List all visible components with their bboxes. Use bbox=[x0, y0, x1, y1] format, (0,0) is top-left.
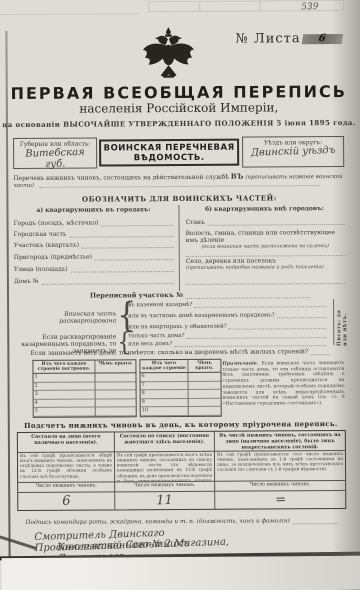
field-street-label: Улица (площадь) bbox=[14, 266, 68, 273]
field-city: Городъ (посадъ, мѣстечко) bbox=[14, 219, 174, 227]
table-cell bbox=[189, 390, 221, 399]
count-table: Состояло на лицо (всего наличнаго населе… bbox=[17, 430, 346, 511]
building-table-note: Примѣчаніе. Если воинская часть занимает… bbox=[222, 361, 344, 408]
count-col1-note: Въ сей графѣ прописывается общій итогъ н… bbox=[18, 452, 115, 483]
q3-line: Если занимаетъ весь домъ, то имѣется: ск… bbox=[30, 348, 330, 357]
imperial-eagle-icon bbox=[140, 27, 196, 83]
q1-option-1: въ казенной казармѣ? bbox=[128, 301, 326, 308]
count-col2-label: Число нижнихъ чиновъ. bbox=[115, 482, 215, 493]
left-column-heading: а) квартирующихъ въ городахъ: bbox=[13, 206, 173, 214]
precinct-label: Переписной участокъ № bbox=[90, 291, 183, 300]
fill-line bbox=[95, 253, 174, 260]
roof-material-header: Чѣмъ крыто. bbox=[188, 360, 220, 373]
fill-line bbox=[101, 219, 173, 226]
note-title: Примѣчаніе. bbox=[222, 362, 258, 367]
sheet-number-line: № Листа6 bbox=[235, 31, 342, 47]
volost-fill bbox=[186, 249, 345, 257]
intro-text: Перечень нижнихъ чиновъ, состоящихъ на д… bbox=[13, 174, 229, 182]
q1-option-2-label: или въ частномъ домѣ казарменнымъ порядк… bbox=[128, 312, 275, 319]
ghost-line bbox=[0, 13, 140, 15]
table-row: 1 bbox=[33, 374, 95, 383]
table-cell bbox=[96, 382, 136, 391]
field-volost-label: Волость, гмина, станица или соотвѣтствую… bbox=[186, 229, 335, 244]
q2-option-1-label: только часть дома? bbox=[128, 333, 184, 339]
table-row: 9 bbox=[141, 399, 189, 408]
right-column-heading: б) квартирующихъ внѣ городовъ: bbox=[185, 205, 343, 213]
building-material-header: Изъ чего каждое строеніе построено. bbox=[33, 361, 95, 374]
q1-label: Воинская часть расквартирована bbox=[14, 310, 116, 325]
count-col2-handwritten-value: 11 bbox=[156, 493, 173, 509]
gubernia-handwritten-value: Витебская губ. bbox=[17, 147, 94, 171]
count-col1-header: Состояло на лицо (всего наличнаго населе… bbox=[18, 432, 115, 453]
building-table-left: Изъ чего каждое строеніе построено. Чѣмъ… bbox=[32, 359, 136, 418]
count-col2-note: Въ сей графѣ прописывается итогъ всѣхъ н… bbox=[115, 452, 215, 483]
field-city-part: Городская часть bbox=[14, 230, 174, 238]
fill-line bbox=[293, 518, 338, 524]
fill-line bbox=[194, 301, 326, 308]
side-note-text: Писать: да или нѣтъ. bbox=[336, 298, 348, 346]
q1-option-3: или на квартирахъ у обывателей? bbox=[128, 323, 326, 330]
count-col2-header: Состояло по списку (постоянно живущаго з… bbox=[115, 432, 215, 453]
count-col3-header: Въ числѣ нижнихъ чиновъ, состоящихъ на л… bbox=[215, 431, 345, 452]
fill-line bbox=[208, 218, 345, 226]
q2-option-2: или весь домъ? bbox=[128, 340, 326, 347]
table-row: 2 bbox=[34, 382, 96, 391]
field-suburb: Пригородъ (предмѣстье) bbox=[14, 253, 174, 261]
table-cell bbox=[188, 373, 220, 382]
fill-line bbox=[174, 340, 326, 347]
q1-option-1-label: въ казенной казармѣ? bbox=[128, 302, 192, 308]
count-col3-note: Въ сей графѣ прописывается «то» число ни… bbox=[215, 451, 345, 482]
census-basis-line: на основаніи ВЫСОЧАЙШЕ УТВЕРЖДЕННАГО ПОЛ… bbox=[0, 118, 359, 129]
table-cell bbox=[189, 407, 221, 416]
field-stan: Станъ bbox=[186, 218, 345, 226]
fill-line bbox=[41, 277, 173, 285]
table-row: 8 bbox=[141, 390, 189, 399]
field-section-label: Участокъ (кварталъ) bbox=[14, 242, 79, 249]
page-fold-mark bbox=[0, 535, 37, 550]
form-title-box: ВОИНСКАЯ ПЕРЕЧНЕВАЯ ВѢДОМОСТЬ. bbox=[99, 139, 239, 167]
fill-line bbox=[71, 265, 174, 273]
field-stan-label: Станъ bbox=[186, 219, 205, 226]
designate-heading: ОБОЗНАЧИТЬ ДЛЯ ВОИНСКИХЪ ЧАСТЕЙ: bbox=[0, 193, 359, 204]
fill-line bbox=[186, 291, 310, 299]
fill-line bbox=[186, 277, 345, 285]
field-house: Домъ № bbox=[14, 277, 174, 285]
sheet-number-value-smudge: 6 bbox=[302, 33, 344, 43]
field-street: Улица (площадь) bbox=[14, 265, 174, 273]
field-suburb-label: Пригородъ (предмѣстье) bbox=[14, 254, 92, 261]
fill-line bbox=[229, 323, 327, 330]
fill-line bbox=[69, 230, 173, 238]
count-col1-label: Число нижнихъ чиновъ. bbox=[18, 482, 115, 493]
table-row: 10 bbox=[141, 407, 189, 416]
table-cell bbox=[96, 399, 136, 408]
page-number-pencil: 539 bbox=[301, 2, 318, 12]
column-divider bbox=[178, 205, 180, 291]
note-text: Если воинская часть занимаетъ только час… bbox=[222, 361, 344, 407]
q2-option-1: только часть дома? bbox=[128, 332, 326, 339]
table-cell bbox=[96, 408, 136, 417]
field-house-label: Домъ № bbox=[14, 278, 39, 285]
signature-label-line: Подпись командира роты, эскадрона, коман… bbox=[25, 518, 337, 526]
count-col3-handwritten-value: = bbox=[275, 492, 286, 507]
gubernia-box: Губернія или область: Витебская губ. bbox=[13, 138, 97, 170]
census-subtitle: населенія Россійской Имперіи, bbox=[0, 100, 359, 116]
sheet-content: 539 № Листа6 ПЕРВАЯ bbox=[0, 0, 360, 590]
q2-option-2-label: или весь домъ? bbox=[128, 341, 172, 347]
table-row: 5 bbox=[34, 408, 96, 417]
count-section-heading: Подсчетъ нижнихъ чиновъ въ день, къ кото… bbox=[1, 419, 360, 430]
building-material-header: Изъ чего каждое строеніе построено. bbox=[140, 360, 188, 373]
field-selo: Село, деревня или поселокъ (прописывать … bbox=[186, 257, 345, 271]
roof-material-header: Чѣмъ крыто. bbox=[95, 360, 135, 373]
table-row: 7 bbox=[141, 382, 189, 391]
sheet-number-label: № Листа bbox=[235, 31, 300, 46]
building-table-right: Изъ чего каждое строеніе построено. Чѣмъ… bbox=[139, 359, 221, 417]
table-row: 4 bbox=[34, 399, 96, 408]
field-section: Участокъ (кварталъ) bbox=[14, 241, 174, 249]
q1-option-3-label: или на квартирахъ у обывателей? bbox=[128, 324, 227, 331]
table-cell bbox=[95, 373, 135, 382]
table-cell bbox=[189, 399, 221, 408]
q1-option-2: или въ частномъ домѣ казарменнымъ порядк… bbox=[128, 312, 326, 319]
uezd-box: Уѣздъ или округъ: Двинскій уѣздъ bbox=[242, 136, 344, 168]
selo-fill bbox=[186, 277, 345, 285]
side-note-bracket bbox=[333, 299, 334, 345]
side-note-vertical: Писать: да или нѣтъ. bbox=[333, 298, 348, 346]
field-volost: Волость, гмина, станица или соотвѣтствую… bbox=[186, 229, 345, 250]
field-city-part-label: Городская часть bbox=[14, 231, 67, 238]
q3-label: Если занимаетъ весь домъ, то имѣется: ск… bbox=[30, 348, 308, 357]
intro-in-word: ВЪ bbox=[231, 172, 244, 181]
field-selo-hint: (прописывать подробно названіе и родъ по… bbox=[186, 264, 345, 271]
fill-line bbox=[187, 332, 327, 339]
fill-line bbox=[311, 349, 330, 355]
count-col1-handwritten-value: 6 bbox=[62, 494, 71, 509]
table-row: 3 bbox=[34, 391, 96, 400]
field-city-label: Городъ (посадъ, мѣстечко) bbox=[14, 219, 99, 227]
fill-line bbox=[186, 249, 345, 257]
uezd-handwritten-value: Двинскій уѣздъ bbox=[246, 145, 340, 159]
table-row: 6 bbox=[140, 373, 188, 382]
table-cell bbox=[96, 390, 136, 399]
table-cell bbox=[189, 381, 221, 390]
fill-line bbox=[277, 312, 326, 318]
underlying-page bbox=[2, 556, 360, 590]
fill-line bbox=[82, 241, 174, 249]
scanned-census-sheet: 539 № Листа6 ПЕРВАЯ bbox=[0, 0, 360, 590]
